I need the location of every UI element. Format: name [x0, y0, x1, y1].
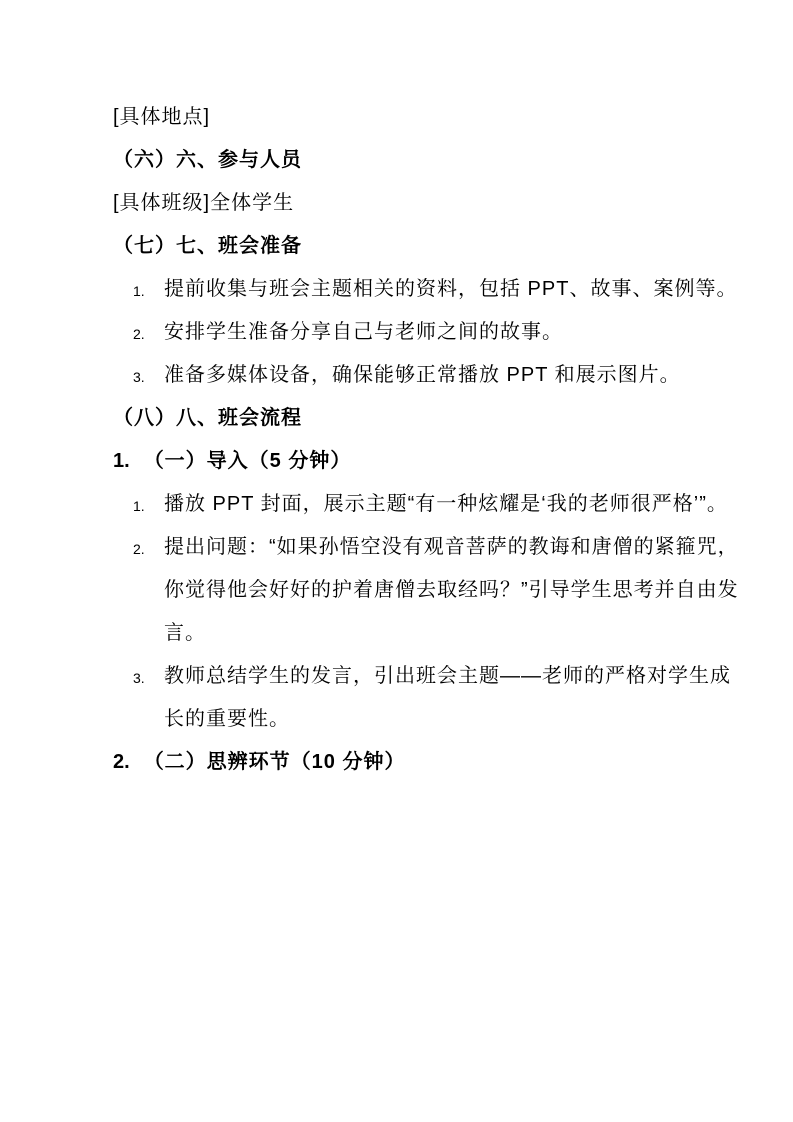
heading-section-six-participants: （六）六、参与人员: [113, 139, 744, 182]
paragraph-location: [具体地点]: [113, 96, 744, 139]
list-item-text: 准备多媒体设备，确保能够正常播放 PPT 和展示图片。: [164, 364, 681, 386]
list-item-text: 提前收集与班会主题相关的资料，包括 PPT、故事、案例等。: [164, 278, 737, 300]
step-number: 2.: [113, 741, 130, 784]
heading-step-intro: 1.（一）导入（5 分钟）: [113, 440, 744, 483]
list-item-text: 安排学生准备分享自己与老师之间的故事。: [164, 321, 563, 343]
heading-step-debate: 2.（二）思辨环节（10 分钟）: [113, 741, 744, 784]
preparation-list: 1. 提前收集与班会主题相关的资料，包括 PPT、故事、案例等。 2. 安排学生…: [113, 268, 744, 397]
heading-section-eight-process: （八）八、班会流程: [113, 397, 744, 440]
list-item-number: 2.: [133, 313, 145, 355]
list-item-number: 1.: [133, 485, 145, 527]
heading-section-seven-preparation: （七）七、班会准备: [113, 225, 744, 268]
list-item: 2. 提出问题：“如果孙悟空没有观音菩萨的教诲和唐僧的紧箍咒，你觉得他会好好的护…: [113, 526, 744, 655]
list-item: 3. 准备多媒体设备，确保能够正常播放 PPT 和展示图片。: [113, 354, 744, 397]
step-title: （一）导入（5 分钟）: [144, 450, 352, 472]
list-item-text: 播放 PPT 封面，展示主题“有一种炫耀是‘我的老师很严格’”。: [164, 493, 728, 515]
list-item-number: 1.: [133, 270, 145, 312]
step-title: （二）思辨环节（10 分钟）: [144, 751, 406, 773]
list-item: 3. 教师总结学生的发言，引出班会主题——老师的严格对学生成长的重要性。: [113, 655, 744, 741]
list-item: 1. 提前收集与班会主题相关的资料，包括 PPT、故事、案例等。: [113, 268, 744, 311]
list-item: 1. 播放 PPT 封面，展示主题“有一种炫耀是‘我的老师很严格’”。: [113, 483, 744, 526]
intro-step-list: 1. 播放 PPT 封面，展示主题“有一种炫耀是‘我的老师很严格’”。 2. 提…: [113, 483, 744, 741]
list-item-number: 3.: [133, 356, 145, 398]
list-item-text: 提出问题：“如果孙悟空没有观音菩萨的教诲和唐僧的紧箍咒，你觉得他会好好的护着唐僧…: [164, 536, 739, 644]
step-number: 1.: [113, 440, 130, 483]
paragraph-participants: [具体班级]全体学生: [113, 182, 744, 225]
list-item-number: 2.: [133, 528, 145, 570]
list-item: 2. 安排学生准备分享自己与老师之间的故事。: [113, 311, 744, 354]
list-item-text: 教师总结学生的发言，引出班会主题——老师的严格对学生成长的重要性。: [164, 665, 731, 730]
document-page: [具体地点] （六）六、参与人员 [具体班级]全体学生 （七）七、班会准备 1.…: [0, 0, 793, 1122]
list-item-number: 3.: [133, 657, 145, 699]
